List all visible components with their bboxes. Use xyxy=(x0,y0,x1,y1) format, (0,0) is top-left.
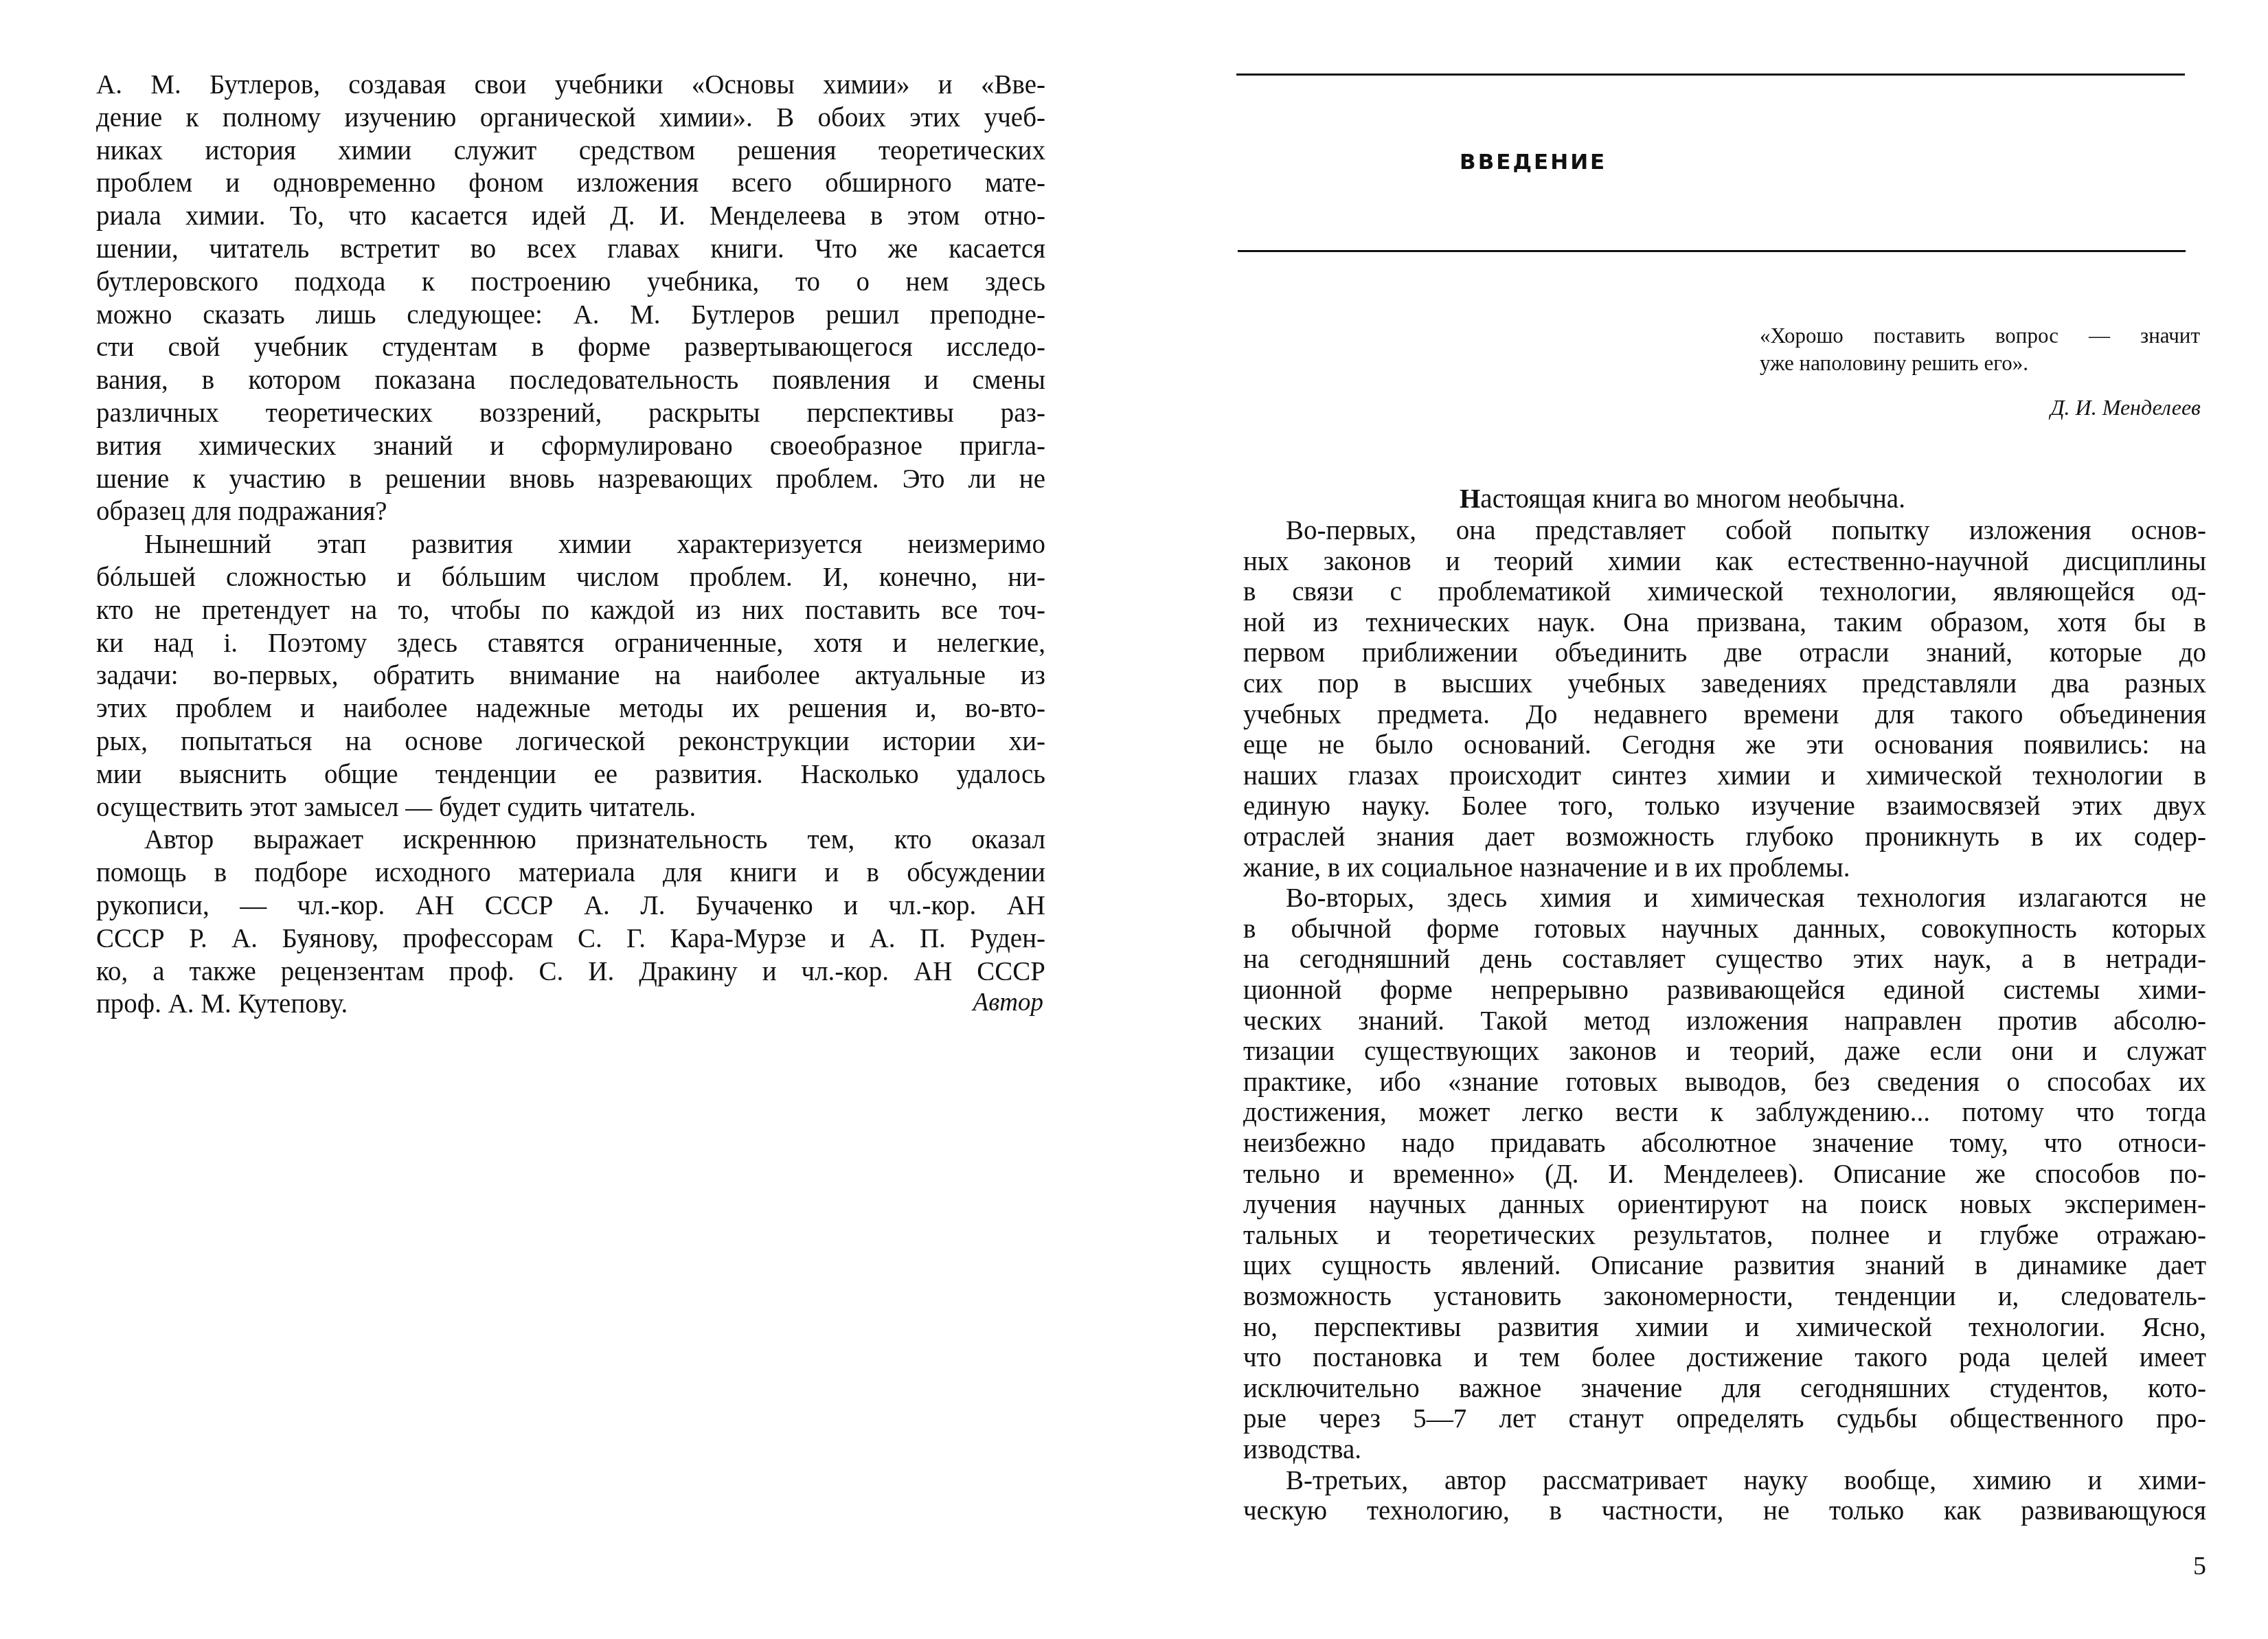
text-line: но, перспективы развития химии и химичес… xyxy=(1243,1314,2206,1341)
opening-text: астоящая книга во многом необычна. xyxy=(1480,484,1905,514)
text-line: ки над i. Поэтому здесь ставятся огранич… xyxy=(96,630,1045,657)
text-line: Во-первых, она представляет собой попытк… xyxy=(1286,517,2206,544)
text-line: бóльшей сложностью и бóльшим числом проб… xyxy=(96,564,1045,591)
text-line: проблем и одновременно фоном изложения в… xyxy=(96,170,1045,196)
text-line: жание, в их социальное назначение и в их… xyxy=(1243,855,2206,881)
author-signature: Автор xyxy=(973,988,1043,1017)
text-line: различных теоретических воззрений, раскр… xyxy=(96,400,1045,427)
text-line: в связи с проблематикой химической техно… xyxy=(1243,578,2206,605)
text-line: риала химии. То, что касается идей Д. И.… xyxy=(96,203,1045,229)
text-line: практике, ибо «знание готовых выводов, б… xyxy=(1243,1069,2206,1096)
text-line: в обычной форме готовых научных данных, … xyxy=(1243,916,2206,942)
text-line: ной из технических наук. Она призвана, т… xyxy=(1243,609,2206,636)
text-line: Нынешний этап развития химии характеризу… xyxy=(144,531,1045,558)
text-line: никах история химии служит средством реш… xyxy=(96,137,1045,164)
text-line: достижения, может легко вести к заблужде… xyxy=(1243,1099,2206,1126)
text-line: Во-вторых, здесь химия и химическая техн… xyxy=(1286,885,2206,912)
text-line: ческих знаний. Такой метод изложения нап… xyxy=(1243,1008,2206,1035)
text-line: А. М. Бутлеров, создавая свои учебники «… xyxy=(96,71,1045,98)
text-line: задачи: во-первых, обратить внимание на … xyxy=(96,662,1045,689)
drop-initial: Н xyxy=(1460,484,1480,514)
text-line: возможность установить закономерности, т… xyxy=(1243,1283,2206,1310)
text-line: учебных предмета. До недавнего времени д… xyxy=(1243,701,2206,728)
text-line: шение к участию в решении вновь назреваю… xyxy=(96,466,1045,493)
text-line: рукописи, — чл.-кор. АН СССР А. Л. Бучач… xyxy=(96,892,1045,919)
text-line: мии выяснить общие тенденции ее развития… xyxy=(96,761,1045,788)
text-line: лучения научных данных ориентируют на по… xyxy=(1243,1191,2206,1218)
text-line: что постановка и тем более достижение та… xyxy=(1243,1344,2206,1371)
text-line: дение к полному изучению органической хи… xyxy=(96,104,1045,131)
top-rule xyxy=(1236,74,2185,76)
text-line: тальных и теоретических результатов, пол… xyxy=(1243,1222,2206,1249)
epigraph-author: Д. И. Менделеев xyxy=(2050,396,2201,418)
chapter-heading: ВВЕДЕНИЕ xyxy=(1460,150,1607,174)
text-line: шении, читатель встретит во всех главах … xyxy=(96,236,1045,262)
text-line: неизбежно надо придавать абсолютное знач… xyxy=(1243,1130,2206,1157)
text-line: наших глазах происходит синтез химии и х… xyxy=(1243,762,2206,789)
epigraph-line-1: «Хорошо поставить вопрос — значит xyxy=(1760,325,2200,346)
text-line: щих сущность явлений. Описание развития … xyxy=(1243,1252,2206,1279)
text-line: тизации существующих законов и теорий, д… xyxy=(1243,1038,2206,1065)
text-line: на сегодняшний день составляет существо … xyxy=(1243,946,2206,973)
text-line: сих пор в высших учебных заведениях пред… xyxy=(1243,670,2206,697)
text-line: ческую технологию, в частности, не тольк… xyxy=(1243,1497,2206,1524)
left-page: А. М. Бутлеров, создавая свои учебники «… xyxy=(0,0,1133,1639)
text-line: В-третьих, автор рассматривает науку воо… xyxy=(1286,1467,2206,1494)
text-line: проф. А. М. Кутепову. xyxy=(96,991,1045,1017)
text-line: единую науку. Более того, только изучени… xyxy=(1243,793,2206,819)
text-line: изводства. xyxy=(1243,1436,2206,1463)
text-line: бутлеровского подхода к построению учебн… xyxy=(96,269,1045,295)
epigraph-line-2: уже наполовину решить его». xyxy=(1760,352,2028,374)
text-line: можно сказать лишь следующее: А. М. Бутл… xyxy=(96,302,1045,328)
text-line: рых, попытаться на основе логической рек… xyxy=(96,728,1045,755)
text-line: вития химических знаний и сформулировано… xyxy=(96,433,1045,460)
text-line: ционной форме непрерывно развивающейся е… xyxy=(1243,977,2206,1004)
text-line: ных законов и теорий химии как естествен… xyxy=(1243,548,2206,575)
bottom-rule xyxy=(1238,250,2186,252)
text-line: отраслей знания дает возможность глубоко… xyxy=(1243,824,2206,850)
text-line: Автор выражает искреннюю признательность… xyxy=(144,826,1045,853)
text-line: ко, а также рецензентам проф. С. И. Драк… xyxy=(96,958,1045,985)
text-line: этих проблем и наиболее надежные методы … xyxy=(96,695,1045,722)
text-line: осуществить этот замысел — будет судить … xyxy=(96,794,1045,821)
opening-sentence: Настоящая книга во многом необычна. xyxy=(1460,486,1905,512)
text-line: исключительно важное значение для сегодн… xyxy=(1243,1375,2206,1402)
text-line: образец для подражания? xyxy=(96,498,1045,525)
text-line: тельно и временно» (Д. И. Менделеев). Оп… xyxy=(1243,1161,2206,1188)
text-line: СССР Р. А. Буянову, профессорам С. Г. Ка… xyxy=(96,925,1045,952)
text-line: кто не претендует на то, чтобы по каждой… xyxy=(96,597,1045,624)
text-line: сти свой учебник студентам в форме разве… xyxy=(96,334,1045,361)
text-line: еще не было оснований. Сегодня же эти ос… xyxy=(1243,732,2206,758)
text-line: рые через 5—7 лет станут определять судь… xyxy=(1243,1405,2206,1432)
text-line: помощь в подборе исходного материала для… xyxy=(96,859,1045,886)
right-page: ВВЕДЕНИЕ «Хорошо поставить вопрос — знач… xyxy=(1133,0,2268,1639)
text-line: первом приближении объединить две отрасл… xyxy=(1243,640,2206,666)
page-number: 5 xyxy=(2193,1551,2206,1581)
text-line: вания, в котором показана последовательн… xyxy=(96,367,1045,394)
